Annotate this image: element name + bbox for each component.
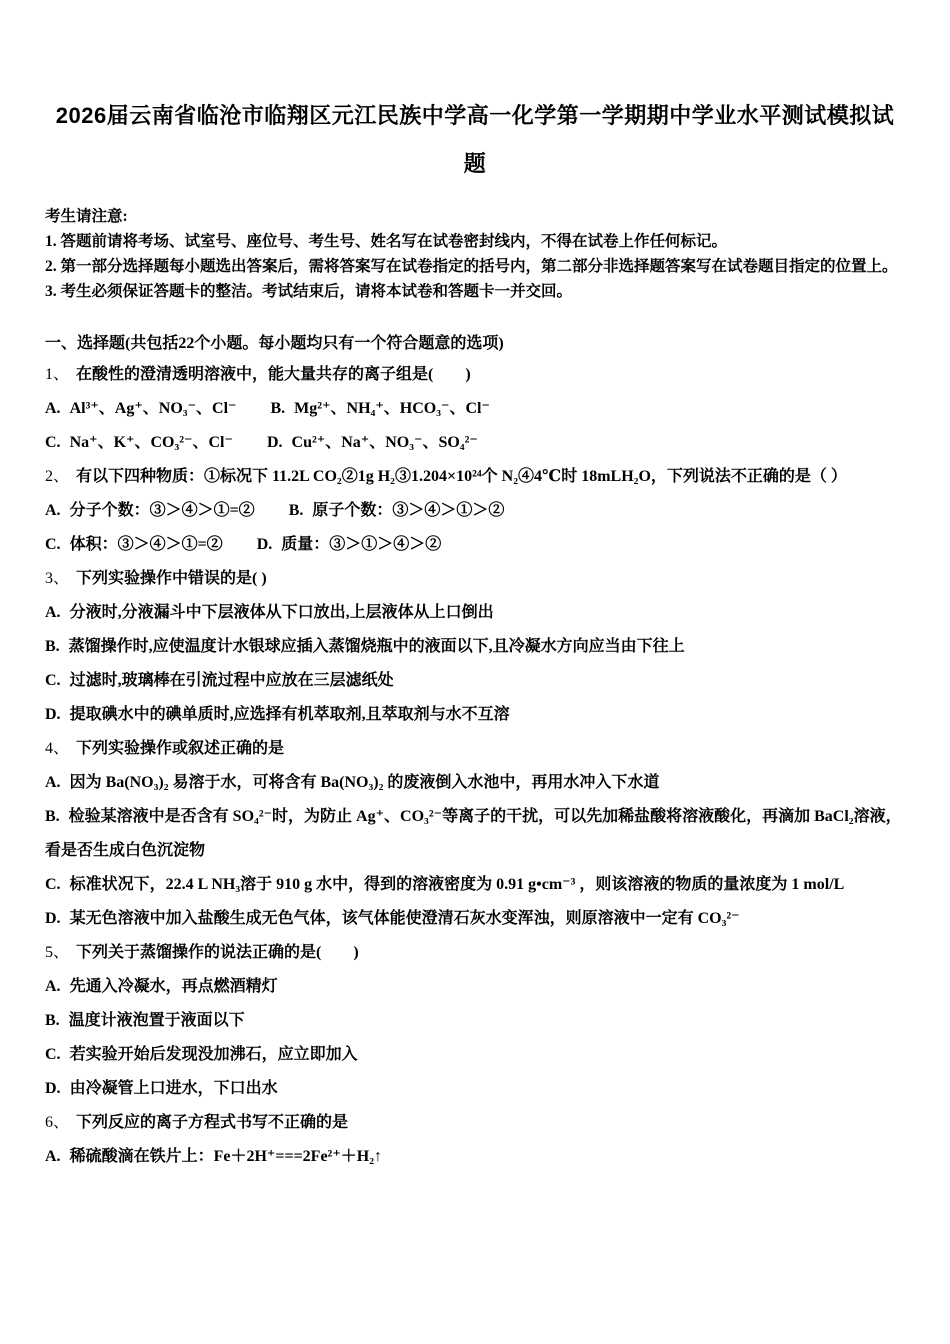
option-text: 原子个数：③＞④＞①＞② bbox=[312, 502, 504, 519]
question-stem-row: 4、下列实验操作或叙述正确的是 bbox=[45, 732, 905, 766]
option-text: 稀硫酸滴在铁片上：Fe＋2H⁺===2Fe²⁺＋H₂↑ bbox=[70, 1148, 382, 1165]
option-row: A.分液时,分液漏斗中下层液体从下口放出,上层液体从上口倒出 bbox=[45, 596, 905, 630]
option-label: B. bbox=[289, 502, 304, 519]
option-B: B.原子个数：③＞④＞①＞② bbox=[289, 494, 505, 528]
option-B: B.检验某溶液中是否含有 SO₄²⁻时，为防止 Ag⁺、CO₃²⁻等离子的干扰，… bbox=[45, 808, 902, 859]
section-heading: 一、选择题(共包括22个小题。每小题均只有一个符合题意的选项) bbox=[45, 330, 905, 358]
option-text: 若实验开始后发现没加沸石，应立即加入 bbox=[70, 1046, 358, 1063]
notice-item-2: 2. 第一部分选择题每小题选出答案后，需将答案写在试卷指定的括号内，第二部分非选… bbox=[45, 254, 905, 279]
option-text: 蒸馏操作时,应使温度计水银球应插入蒸馏烧瓶中的液面以下,且冷凝水方向应当由下往上 bbox=[69, 638, 685, 655]
option-text: Al³⁺、Ag⁺、NO₃⁻、Cl⁻ bbox=[70, 400, 237, 417]
option-text: 过滤时,玻璃棒在引流过程中应放在三层滤纸处 bbox=[70, 672, 394, 689]
option-label: D. bbox=[45, 706, 61, 723]
option-label: A. bbox=[45, 604, 61, 621]
option-label: B. bbox=[45, 1012, 60, 1029]
question-stem: 在酸性的澄清透明溶液中，能大量共存的离子组是( ) bbox=[76, 366, 471, 383]
option-label: D. bbox=[45, 910, 61, 927]
notice-section: 考生请注意: 1. 答题前请将考场、试室号、座位号、考生号、姓名写在试卷密封线内… bbox=[45, 204, 905, 304]
question-stem-row: 6、下列反应的离子方程式书写不正确的是 bbox=[45, 1106, 905, 1140]
option-B: B.温度计液泡置于液面以下 bbox=[45, 1012, 245, 1029]
question-stem-row: 1、在酸性的澄清透明溶液中，能大量共存的离子组是( ) bbox=[45, 358, 905, 392]
question-stem: 下列反应的离子方程式书写不正确的是 bbox=[76, 1114, 348, 1131]
option-text: 由冷凝管上口进水，下口出水 bbox=[70, 1080, 278, 1097]
question-list: 1、在酸性的澄清透明溶液中，能大量共存的离子组是( )A.Al³⁺、Ag⁺、NO… bbox=[45, 358, 905, 1174]
option-label: A. bbox=[45, 1148, 61, 1165]
option-label: C. bbox=[45, 672, 61, 689]
option-label: D. bbox=[45, 1080, 61, 1097]
option-D: D.Cu²⁺、Na⁺、NO₃⁻、SO₄²⁻ bbox=[267, 426, 478, 460]
option-label: C. bbox=[45, 536, 61, 553]
option-label: C. bbox=[45, 434, 61, 451]
option-label: C. bbox=[45, 876, 61, 893]
question-number: 5、 bbox=[45, 944, 69, 961]
option-text: 标准状况下，22.4 L NH₃溶于 910 g 水中，得到的溶液密度为 0.9… bbox=[70, 876, 845, 893]
option-C: C.Na⁺、K⁺、CO₃²⁻、Cl⁻ bbox=[45, 426, 233, 460]
page-title: 2026届云南省临沧市临翔区元江民族中学高一化学第一学期期中学业水平测试模拟试题 bbox=[45, 92, 905, 188]
option-A: A.稀硫酸滴在铁片上：Fe＋2H⁺===2Fe²⁺＋H₂↑ bbox=[45, 1148, 382, 1165]
option-row: C.体积：③＞④＞①=②D.质量：③＞①＞④＞② bbox=[45, 528, 905, 562]
question-number: 4、 bbox=[45, 740, 69, 757]
option-row: B.检验某溶液中是否含有 SO₄²⁻时，为防止 Ag⁺、CO₃²⁻等离子的干扰，… bbox=[45, 800, 905, 868]
option-A: A.分液时,分液漏斗中下层液体从下口放出,上层液体从上口倒出 bbox=[45, 604, 494, 621]
option-D: D.提取碘水中的碘单质时,应选择有机萃取剂,且萃取剂与水不互溶 bbox=[45, 706, 510, 723]
option-text: 分液时,分液漏斗中下层液体从下口放出,上层液体从上口倒出 bbox=[70, 604, 494, 621]
option-B: B.Mg²⁺、NH₄⁺、HCO₃⁻、Cl⁻ bbox=[271, 392, 490, 426]
option-C: C.标准状况下，22.4 L NH₃溶于 910 g 水中，得到的溶液密度为 0… bbox=[45, 876, 844, 893]
option-text: 检验某溶液中是否含有 SO₄²⁻时，为防止 Ag⁺、CO₃²⁻等离子的干扰，可以… bbox=[45, 808, 902, 859]
notice-item-3: 3. 考生必须保证答题卡的整洁。考试结束后，请将本试卷和答题卡一并交回。 bbox=[45, 279, 905, 304]
option-D: D.由冷凝管上口进水，下口出水 bbox=[45, 1080, 278, 1097]
question-number: 1、 bbox=[45, 366, 69, 383]
option-text: 体积：③＞④＞①=② bbox=[70, 536, 223, 553]
option-row: B.温度计液泡置于液面以下 bbox=[45, 1004, 905, 1038]
option-D: D.质量：③＞①＞④＞② bbox=[257, 528, 442, 562]
option-text: 因为 Ba(NO₃)₂ 易溶于水，可将含有 Ba(NO₃)₂ 的废液倒入水池中，… bbox=[70, 774, 660, 791]
option-B: B.蒸馏操作时,应使温度计水银球应插入蒸馏烧瓶中的液面以下,且冷凝水方向应当由下… bbox=[45, 638, 685, 655]
question-4: 4、下列实验操作或叙述正确的是A.因为 Ba(NO₃)₂ 易溶于水，可将含有 B… bbox=[45, 732, 905, 936]
option-D: D.某无色溶液中加入盐酸生成无色气体，该气体能使澄清石灰水变浑浊，则原溶液中一定… bbox=[45, 910, 740, 927]
question-stem: 下列关于蒸馏操作的说法正确的是( ) bbox=[76, 944, 359, 961]
exam-page: 2026届云南省临沧市临翔区元江民族中学高一化学第一学期期中学业水平测试模拟试题… bbox=[0, 0, 950, 1344]
option-row: C.过滤时,玻璃棒在引流过程中应放在三层滤纸处 bbox=[45, 664, 905, 698]
option-label: B. bbox=[45, 808, 60, 825]
option-text: 某无色溶液中加入盐酸生成无色气体，该气体能使澄清石灰水变浑浊，则原溶液中一定有 … bbox=[70, 910, 740, 927]
option-A: A.分子个数：③＞④＞①=② bbox=[45, 494, 255, 528]
question-stem: 有以下四种物质：①标况下 11.2L CO₂②1g H₂③1.204×10²⁴个… bbox=[76, 468, 847, 485]
option-row: D.某无色溶液中加入盐酸生成无色气体，该气体能使澄清石灰水变浑浊，则原溶液中一定… bbox=[45, 902, 905, 936]
question-6: 6、下列反应的离子方程式书写不正确的是A.稀硫酸滴在铁片上：Fe＋2H⁺===2… bbox=[45, 1106, 905, 1174]
question-5: 5、下列关于蒸馏操作的说法正确的是( )A.先通入冷凝水，再点燃酒精灯B.温度计… bbox=[45, 936, 905, 1106]
option-row: C.若实验开始后发现没加沸石，应立即加入 bbox=[45, 1038, 905, 1072]
option-text: 先通入冷凝水，再点燃酒精灯 bbox=[70, 978, 278, 995]
question-2: 2、有以下四种物质：①标况下 11.2L CO₂②1g H₂③1.204×10²… bbox=[45, 460, 905, 562]
question-number: 3、 bbox=[45, 570, 69, 587]
option-label: A. bbox=[45, 400, 61, 417]
option-text: 温度计液泡置于液面以下 bbox=[69, 1012, 245, 1029]
option-C: C.若实验开始后发现没加沸石，应立即加入 bbox=[45, 1046, 358, 1063]
option-text: 质量：③＞①＞④＞② bbox=[281, 536, 441, 553]
question-stem-row: 3、下列实验操作中错误的是( ) bbox=[45, 562, 905, 596]
option-A: A.Al³⁺、Ag⁺、NO₃⁻、Cl⁻ bbox=[45, 392, 237, 426]
option-A: A.先通入冷凝水，再点燃酒精灯 bbox=[45, 978, 278, 995]
option-label: A. bbox=[45, 774, 61, 791]
option-row: A.分子个数：③＞④＞①=②B.原子个数：③＞④＞①＞② bbox=[45, 494, 905, 528]
option-row: D.提取碘水中的碘单质时,应选择有机萃取剂,且萃取剂与水不互溶 bbox=[45, 698, 905, 732]
option-label: A. bbox=[45, 502, 61, 519]
notice-items: 1. 答题前请将考场、试室号、座位号、考生号、姓名写在试卷密封线内，不得在试卷上… bbox=[45, 229, 905, 304]
option-text: 提取碘水中的碘单质时,应选择有机萃取剂,且萃取剂与水不互溶 bbox=[70, 706, 510, 723]
question-stem: 下列实验操作中错误的是( ) bbox=[76, 570, 267, 587]
option-row: C.标准状况下，22.4 L NH₃溶于 910 g 水中，得到的溶液密度为 0… bbox=[45, 868, 905, 902]
option-C: C.过滤时,玻璃棒在引流过程中应放在三层滤纸处 bbox=[45, 672, 394, 689]
option-A: A.因为 Ba(NO₃)₂ 易溶于水，可将含有 Ba(NO₃)₂ 的废液倒入水池… bbox=[45, 774, 659, 791]
option-text: Mg²⁺、NH₄⁺、HCO₃⁻、Cl⁻ bbox=[294, 400, 490, 417]
option-label: B. bbox=[271, 400, 286, 417]
option-text: Cu²⁺、Na⁺、NO₃⁻、SO₄²⁻ bbox=[292, 434, 478, 451]
question-number: 6、 bbox=[45, 1114, 69, 1131]
option-row: A.稀硫酸滴在铁片上：Fe＋2H⁺===2Fe²⁺＋H₂↑ bbox=[45, 1140, 905, 1174]
option-row: B.蒸馏操作时,应使温度计水银球应插入蒸馏烧瓶中的液面以下,且冷凝水方向应当由下… bbox=[45, 630, 905, 664]
option-label: C. bbox=[45, 1046, 61, 1063]
option-row: C.Na⁺、K⁺、CO₃²⁻、Cl⁻D.Cu²⁺、Na⁺、NO₃⁻、SO₄²⁻ bbox=[45, 426, 905, 460]
notice-item-1: 1. 答题前请将考场、试室号、座位号、考生号、姓名写在试卷密封线内，不得在试卷上… bbox=[45, 229, 905, 254]
option-text: 分子个数：③＞④＞①=② bbox=[70, 502, 255, 519]
option-label: D. bbox=[257, 536, 273, 553]
notice-heading: 考生请注意: bbox=[45, 204, 905, 229]
option-C: C.体积：③＞④＞①=② bbox=[45, 528, 223, 562]
option-label: B. bbox=[45, 638, 60, 655]
option-row: D.由冷凝管上口进水，下口出水 bbox=[45, 1072, 905, 1106]
question-stem-row: 2、有以下四种物质：①标况下 11.2L CO₂②1g H₂③1.204×10²… bbox=[45, 460, 905, 494]
option-row: A.先通入冷凝水，再点燃酒精灯 bbox=[45, 970, 905, 1004]
option-row: A.Al³⁺、Ag⁺、NO₃⁻、Cl⁻B.Mg²⁺、NH₄⁺、HCO₃⁻、Cl⁻ bbox=[45, 392, 905, 426]
question-stem-row: 5、下列关于蒸馏操作的说法正确的是( ) bbox=[45, 936, 905, 970]
question-3: 3、下列实验操作中错误的是( )A.分液时,分液漏斗中下层液体从下口放出,上层液… bbox=[45, 562, 905, 732]
option-label: A. bbox=[45, 978, 61, 995]
option-row: A.因为 Ba(NO₃)₂ 易溶于水，可将含有 Ba(NO₃)₂ 的废液倒入水池… bbox=[45, 766, 905, 800]
question-number: 2、 bbox=[45, 468, 69, 485]
question-stem: 下列实验操作或叙述正确的是 bbox=[76, 740, 284, 757]
option-label: D. bbox=[267, 434, 283, 451]
question-1: 1、在酸性的澄清透明溶液中，能大量共存的离子组是( )A.Al³⁺、Ag⁺、NO… bbox=[45, 358, 905, 460]
option-text: Na⁺、K⁺、CO₃²⁻、Cl⁻ bbox=[70, 434, 233, 451]
